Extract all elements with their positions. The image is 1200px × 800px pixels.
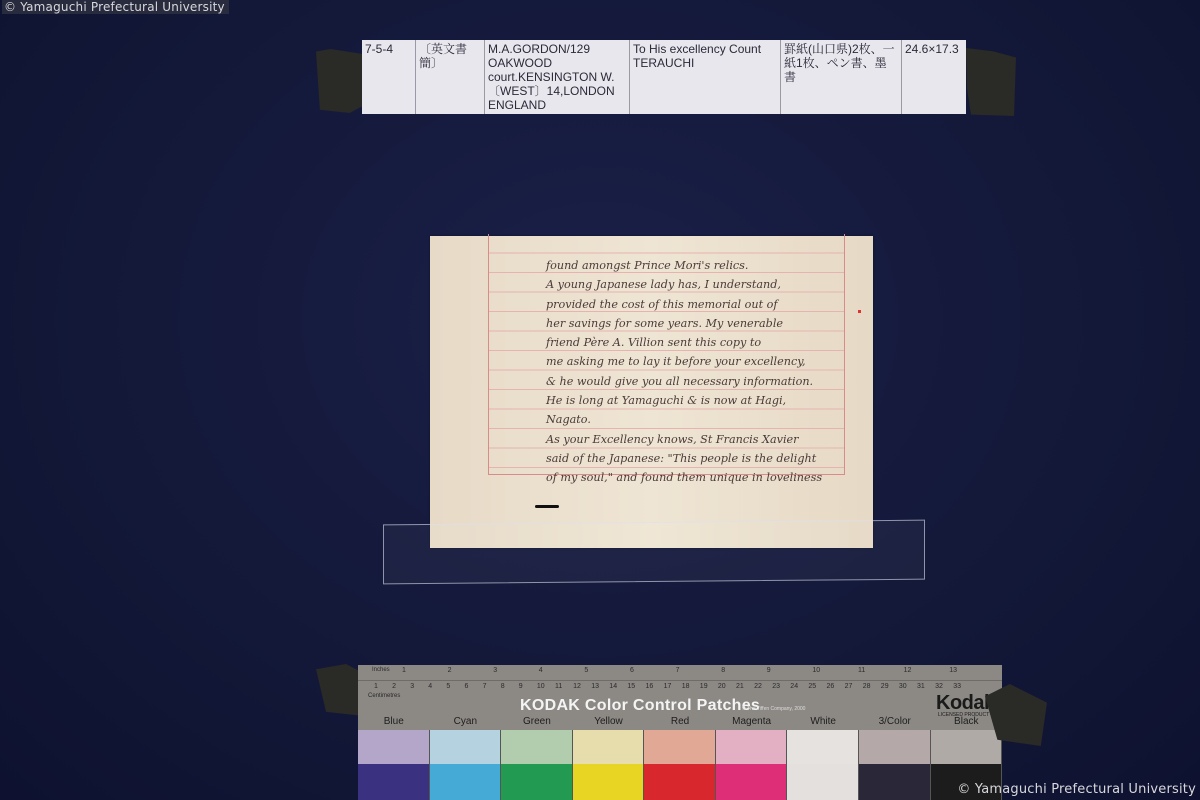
patch-light	[644, 730, 715, 764]
cm-tick: 1	[374, 683, 378, 690]
patch-light	[358, 730, 429, 764]
patch-label: Cyan	[430, 716, 502, 730]
tape-strip	[316, 49, 364, 113]
patch-light	[787, 730, 858, 764]
inch-tick: 3	[493, 667, 497, 674]
cm-tick: 18	[682, 683, 690, 690]
patch-label: Magenta	[716, 716, 788, 730]
cm-tick: 16	[646, 683, 654, 690]
inch-tick: 10	[812, 667, 820, 674]
inch-tick: 9	[767, 667, 771, 674]
handwritten-line: found amongst Prince Mori's relics.	[546, 256, 846, 275]
patch-label: White	[787, 716, 859, 730]
handwritten-line: me asking me to lay it before your excel…	[546, 352, 846, 371]
patch-label: Green	[501, 716, 573, 730]
patch-light	[716, 730, 787, 764]
inch-tick: 4	[539, 667, 543, 674]
cm-tick: 28	[863, 683, 871, 690]
handwritten-line: provided the cost of this memorial out o…	[546, 295, 846, 314]
cm-tick: 20	[718, 683, 726, 690]
red-mark	[858, 310, 861, 313]
patch-light	[430, 730, 501, 764]
cm-tick: 5	[446, 683, 450, 690]
patch-dark	[573, 764, 644, 800]
color-patch	[716, 730, 788, 800]
color-patch	[644, 730, 716, 800]
patch-light	[859, 730, 930, 764]
cm-tick: 30	[899, 683, 907, 690]
handwritten-line: & he would give you all necessary inform…	[546, 372, 846, 391]
tape-strip	[966, 48, 1016, 116]
handwritten-line: said of the Japanese: "This people is th…	[546, 449, 846, 468]
catalog-category: 〔英文書簡〕	[416, 40, 485, 114]
color-patch	[430, 730, 502, 800]
patch-dark	[430, 764, 501, 800]
letter-page: found amongst Prince Mori's relics.A you…	[430, 236, 873, 548]
patch-dark	[358, 764, 429, 800]
cm-tick: 7	[483, 683, 487, 690]
handwritten-line: He is long at Yamaguchi & is now at Hagi…	[546, 391, 846, 410]
color-patch	[787, 730, 859, 800]
patch-light	[573, 730, 644, 764]
catalog-sender: M.A.GORDON/129 OAKWOOD court.KENSINGTON …	[485, 40, 630, 114]
catalog-recipient: To His excellency Count TERAUCHI	[630, 40, 781, 114]
cm-tick: 23	[772, 683, 780, 690]
cm-tick: 19	[700, 683, 708, 690]
patch-light	[931, 730, 1002, 764]
patch-label: Red	[644, 716, 716, 730]
handwritten-text: found amongst Prince Mori's relics.A you…	[546, 256, 846, 488]
catalog-material: 罫紙(山口県)2枚、一紙1枚、ペン書、墨書	[781, 40, 902, 114]
cm-tick: 29	[881, 683, 889, 690]
inch-tick: 6	[630, 667, 634, 674]
patch-label: 3/Color	[859, 716, 931, 730]
ruler-inches-label: Inches	[372, 667, 390, 673]
inch-tick: 12	[904, 667, 912, 674]
cm-tick: 13	[591, 683, 599, 690]
patch-light	[501, 730, 572, 764]
cm-tick: 10	[537, 683, 545, 690]
ruler: Inches 12345678910111213 Centimetres 123…	[358, 665, 1002, 699]
ruler-cm-label: Centimetres	[368, 693, 400, 699]
cm-tick: 26	[827, 683, 835, 690]
color-patch	[573, 730, 645, 800]
cm-tick: 11	[555, 683, 562, 690]
patch-names: BlueCyanGreenYellowRedMagentaWhite3/Colo…	[358, 716, 1002, 730]
ink-mark	[535, 505, 559, 508]
inch-tick: 2	[448, 667, 452, 674]
chart-copyright: © The Tiffen Company, 2000	[742, 706, 805, 712]
cm-tick: 31	[917, 683, 925, 690]
copyright-watermark-top: © Yamaguchi Prefectural University	[2, 0, 229, 14]
inch-tick: 13	[949, 667, 957, 674]
cm-tick: 14	[609, 683, 617, 690]
catalog-label: 7-5-4 〔英文書簡〕 M.A.GORDON/129 OAKWOOD cour…	[362, 40, 966, 114]
ruler-inches: Inches 12345678910111213	[358, 665, 1002, 681]
inch-tick: 7	[676, 667, 680, 674]
color-patch	[501, 730, 573, 800]
handwritten-line: As your Excellency knows, St Francis Xav…	[546, 430, 846, 449]
cm-tick: 4	[428, 683, 432, 690]
color-patch	[358, 730, 430, 800]
handwritten-line: friend Père A. Villion sent this copy to	[546, 333, 846, 352]
cm-tick: 33	[953, 683, 961, 690]
cm-tick: 21	[736, 683, 744, 690]
cm-tick: 3	[410, 683, 414, 690]
cm-tick: 32	[935, 683, 943, 690]
patch-dark	[644, 764, 715, 800]
cm-tick: 9	[519, 683, 523, 690]
color-patches	[358, 730, 1002, 800]
cm-tick: 6	[465, 683, 469, 690]
cm-tick: 25	[808, 683, 816, 690]
inch-tick: 1	[402, 667, 406, 674]
cm-tick: 27	[845, 683, 853, 690]
cm-tick: 15	[627, 683, 635, 690]
catalog-size: 24.6×17.3	[902, 40, 967, 114]
cm-tick: 22	[754, 683, 762, 690]
copyright-watermark-bottom: © Yamaguchi Prefectural University	[957, 782, 1196, 797]
kodak-color-chart: Inches 12345678910111213 Centimetres 123…	[358, 665, 1002, 800]
patch-dark	[716, 764, 787, 800]
handwritten-line: her savings for some years. My venerable	[546, 314, 846, 333]
patch-dark	[501, 764, 572, 800]
patch-dark	[859, 764, 930, 800]
inch-tick: 8	[721, 667, 725, 674]
cm-tick: 8	[501, 683, 505, 690]
color-patch	[859, 730, 931, 800]
patch-label: Yellow	[573, 716, 645, 730]
cm-tick: 2	[392, 683, 396, 690]
patch-label: Blue	[358, 716, 430, 730]
patch-dark	[787, 764, 858, 800]
cm-tick: 24	[790, 683, 798, 690]
handwritten-line: A young Japanese lady has, I understand,	[546, 275, 846, 294]
chart-title: KODAK Color Control Patches	[520, 697, 760, 715]
cm-tick: 17	[664, 683, 672, 690]
acrylic-holder	[383, 520, 925, 585]
cm-tick: 12	[573, 683, 581, 690]
handwritten-line: of my soul," and found them unique in lo…	[546, 468, 846, 487]
inch-tick: 11	[858, 667, 865, 674]
inch-tick: 5	[584, 667, 588, 674]
catalog-id: 7-5-4	[362, 40, 416, 114]
handwritten-line: Nagato.	[546, 410, 846, 429]
